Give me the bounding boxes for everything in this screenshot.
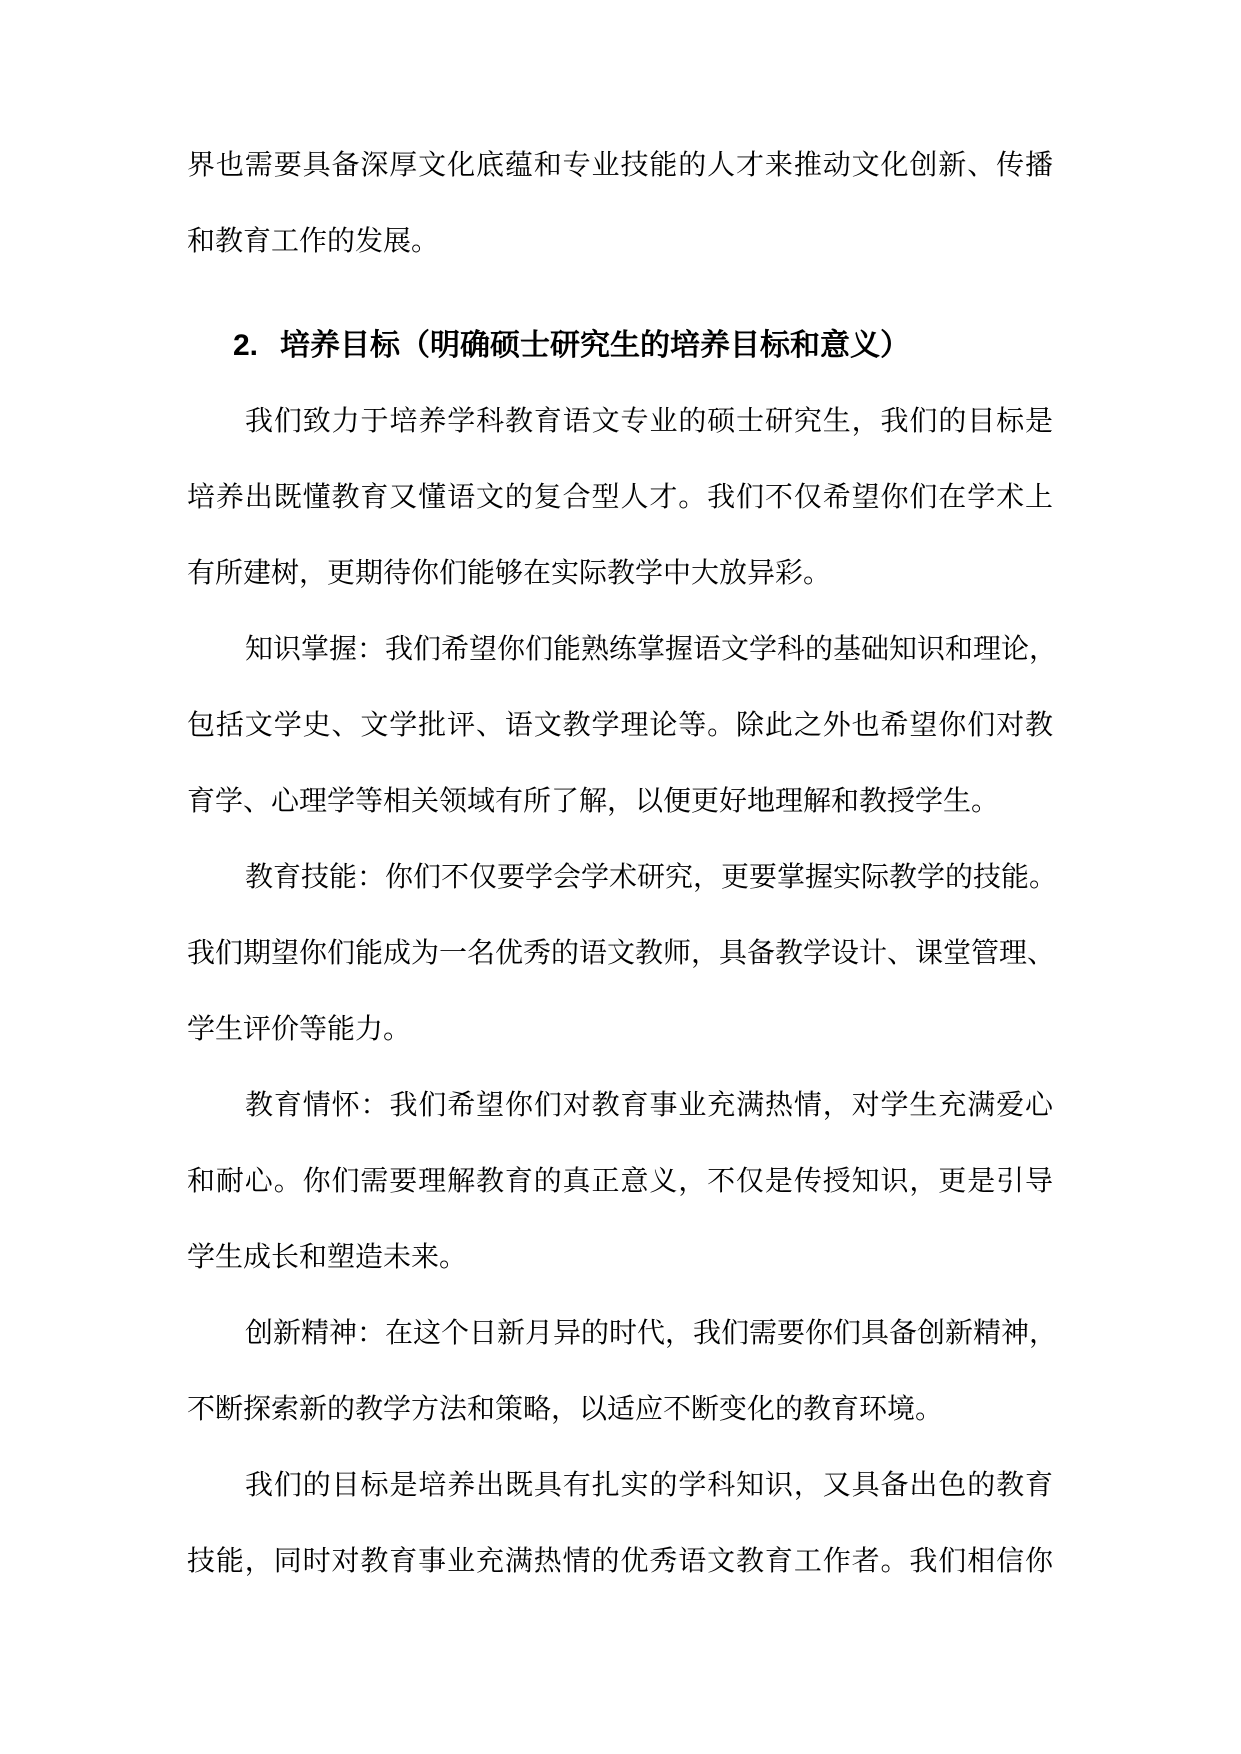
heading-title: 培养目标（明确硕士研究生的培养目标和意义）: [280, 329, 910, 362]
text-line: 培养出既懂教育又懂语文的复合型人才。我们不仅希望你们在学术上: [187, 460, 1053, 536]
text-line: 教育技能：你们不仅要学会学术研究，更要掌握实际教学的技能。: [187, 840, 1053, 916]
text-line: 界也需要具备深厚文化底蕴和专业技能的人才来推动文化创新、传播: [187, 128, 1053, 204]
section-heading: 2.培养目标（明确硕士研究生的培养目标和意义）: [187, 308, 1053, 384]
text-line: 和教育工作的发展。: [187, 204, 1053, 280]
text-line: 创新精神：在这个日新月异的时代，我们需要你们具备创新精神，: [187, 1296, 1053, 1372]
text-line: 和耐心。你们需要理解教育的真正意义，不仅是传授知识，更是引导: [187, 1144, 1053, 1220]
text-line: 我们的目标是培养出既具有扎实的学科知识，又具备出色的教育: [187, 1448, 1053, 1524]
text-line: 我们期望你们能成为一名优秀的语文教师，具备教学设计、课堂管理、: [187, 916, 1053, 992]
text-line: 包括文学史、文学批评、语文教学理论等。除此之外也希望你们对教: [187, 688, 1053, 764]
text-line: 知识掌握：我们希望你们能熟练掌握语文学科的基础知识和理论，: [187, 612, 1053, 688]
text-line: 教育情怀：我们希望你们对教育事业充满热情，对学生充满爱心: [187, 1068, 1053, 1144]
document-page: 界也需要具备深厚文化底蕴和专业技能的人才来推动文化创新、传播 和教育工作的发展。…: [0, 0, 1241, 1754]
text-line: 技能，同时对教育事业充满热情的优秀语文教育工作者。我们相信你: [187, 1524, 1053, 1600]
document-body: 界也需要具备深厚文化底蕴和专业技能的人才来推动文化创新、传播 和教育工作的发展。…: [187, 128, 1053, 1600]
text-line: 育学、心理学等相关领域有所了解，以便更好地理解和教授学生。: [187, 764, 1053, 840]
text-line: 学生成长和塑造未来。: [187, 1220, 1053, 1296]
text-line: 不断探索新的教学方法和策略，以适应不断变化的教育环境。: [187, 1372, 1053, 1448]
heading-number: 2.: [233, 329, 258, 362]
text-line: 学生评价等能力。: [187, 992, 1053, 1068]
text-line: 我们致力于培养学科教育语文专业的硕士研究生，我们的目标是: [187, 384, 1053, 460]
text-line: 有所建树，更期待你们能够在实际教学中大放异彩。: [187, 536, 1053, 612]
